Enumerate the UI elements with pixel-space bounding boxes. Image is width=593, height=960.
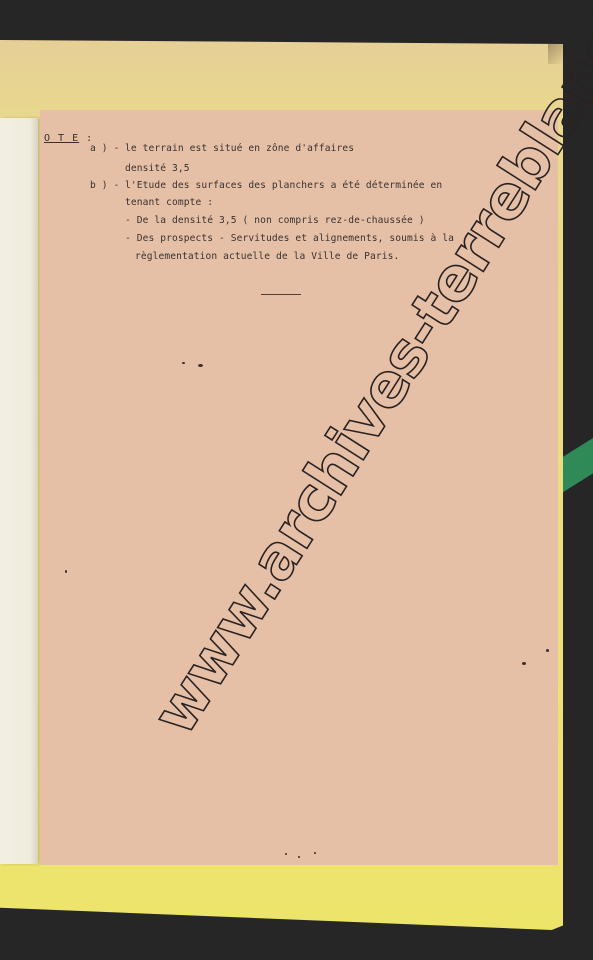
section-divider [261, 294, 301, 295]
item-a-marker: a ) - [90, 143, 119, 154]
paper-speck [314, 852, 316, 854]
item-a-continuation: densité 3,5 [125, 163, 190, 174]
paper-speck [298, 856, 300, 858]
white-underlying-sheet [0, 118, 38, 864]
item-b-text: l'Etude des surfaces des planchers a été… [125, 180, 442, 191]
item-b-subitem-3: règlementation actuelle de la Ville de P… [135, 251, 399, 262]
item-b-marker: b ) - [90, 180, 119, 191]
item-b-subitem-2: - Des prospects - Servitudes et aligneme… [125, 233, 454, 244]
item-b-continuation: tenant compte : [125, 197, 213, 208]
paper-speck [65, 570, 67, 573]
paper-speck [285, 853, 287, 855]
paper-speck [182, 362, 185, 364]
paper-speck [546, 649, 549, 652]
paper-speck [522, 662, 526, 665]
paper-speck [198, 364, 203, 367]
item-a-text: le terrain est situé en zône d'affaires [125, 143, 354, 154]
note-header-label: O T E [44, 133, 79, 144]
note-header: O T E : [44, 133, 93, 144]
item-b-subitem-1: - De la densité 3,5 ( non compris rez-de… [125, 215, 425, 226]
